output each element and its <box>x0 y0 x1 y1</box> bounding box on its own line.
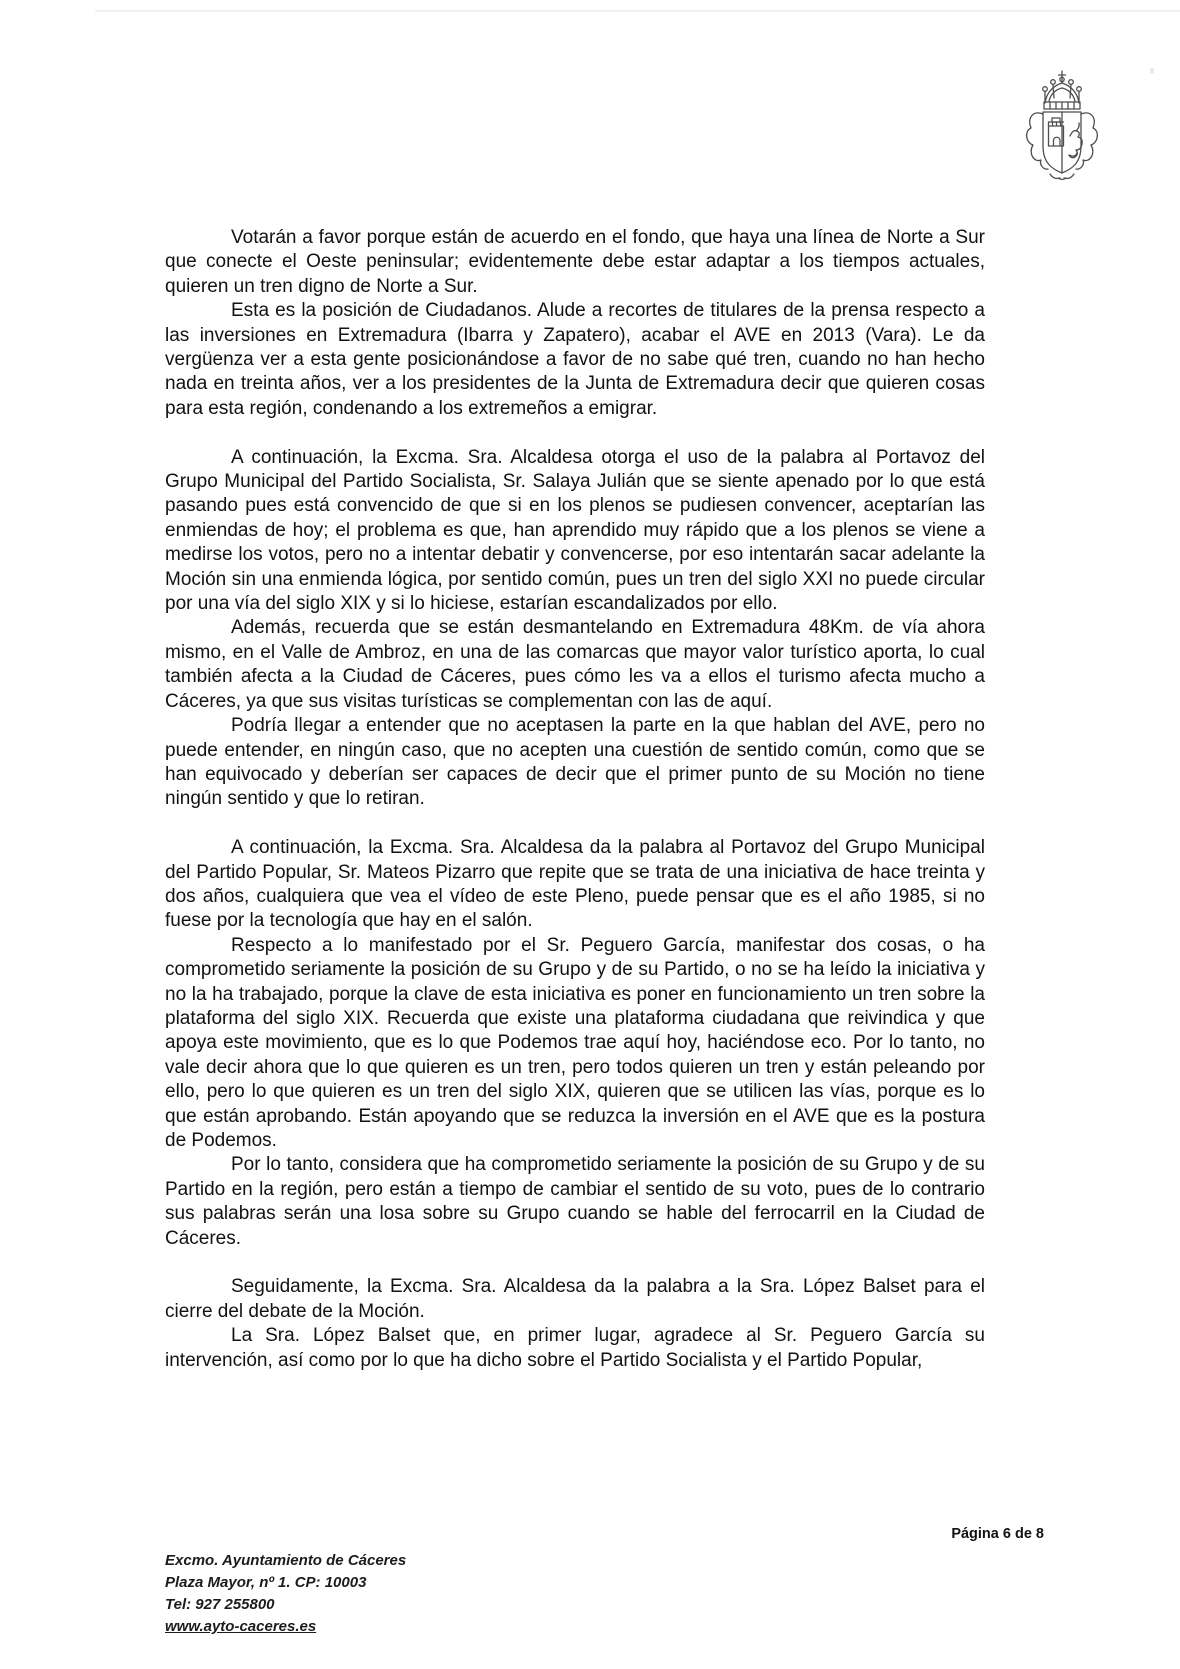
scan-artifact-speck <box>1150 68 1154 74</box>
paragraph: A continuación, la Excma. Sra. Alcaldesa… <box>165 446 985 617</box>
paragraph: Votarán a favor porque están de acuerdo … <box>165 226 985 299</box>
paragraph: Seguidamente, la Excma. Sra. Alcaldesa d… <box>165 1275 985 1324</box>
document-body: Votarán a favor porque están de acuerdo … <box>165 226 985 1373</box>
paragraph: La Sra. López Balset que, en primer luga… <box>165 1324 985 1373</box>
footer-org-name: Excmo. Ayuntamiento de Cáceres <box>165 1550 406 1572</box>
footer-website-link: www.ayto-caceres.es <box>165 1616 406 1638</box>
paragraph: Esta es la posición de Ciudadanos. Alude… <box>165 299 985 421</box>
paragraph: A continuación, la Excma. Sra. Alcaldesa… <box>165 836 985 934</box>
paragraph: Además, recuerda que se están desmantela… <box>165 616 985 714</box>
caceres-coat-of-arms-icon <box>1014 68 1110 184</box>
document-page: Votarán a favor porque están de acuerdo … <box>0 0 1180 1669</box>
paragraph: Podría llegar a entender que no aceptase… <box>165 714 985 812</box>
scan-artifact-line <box>95 10 1180 12</box>
footer: Excmo. Ayuntamiento de Cáceres Plaza May… <box>165 1550 406 1638</box>
footer-address: Plaza Mayor, nº 1. CP: 10003 <box>165 1572 406 1594</box>
page-number: Página 6 de 8 <box>951 1526 1044 1542</box>
paragraph: Por lo tanto, considera que ha compromet… <box>165 1153 985 1251</box>
paragraph: Respecto a lo manifestado por el Sr. Peg… <box>165 934 985 1154</box>
footer-phone: Tel: 927 255800 <box>165 1594 406 1616</box>
